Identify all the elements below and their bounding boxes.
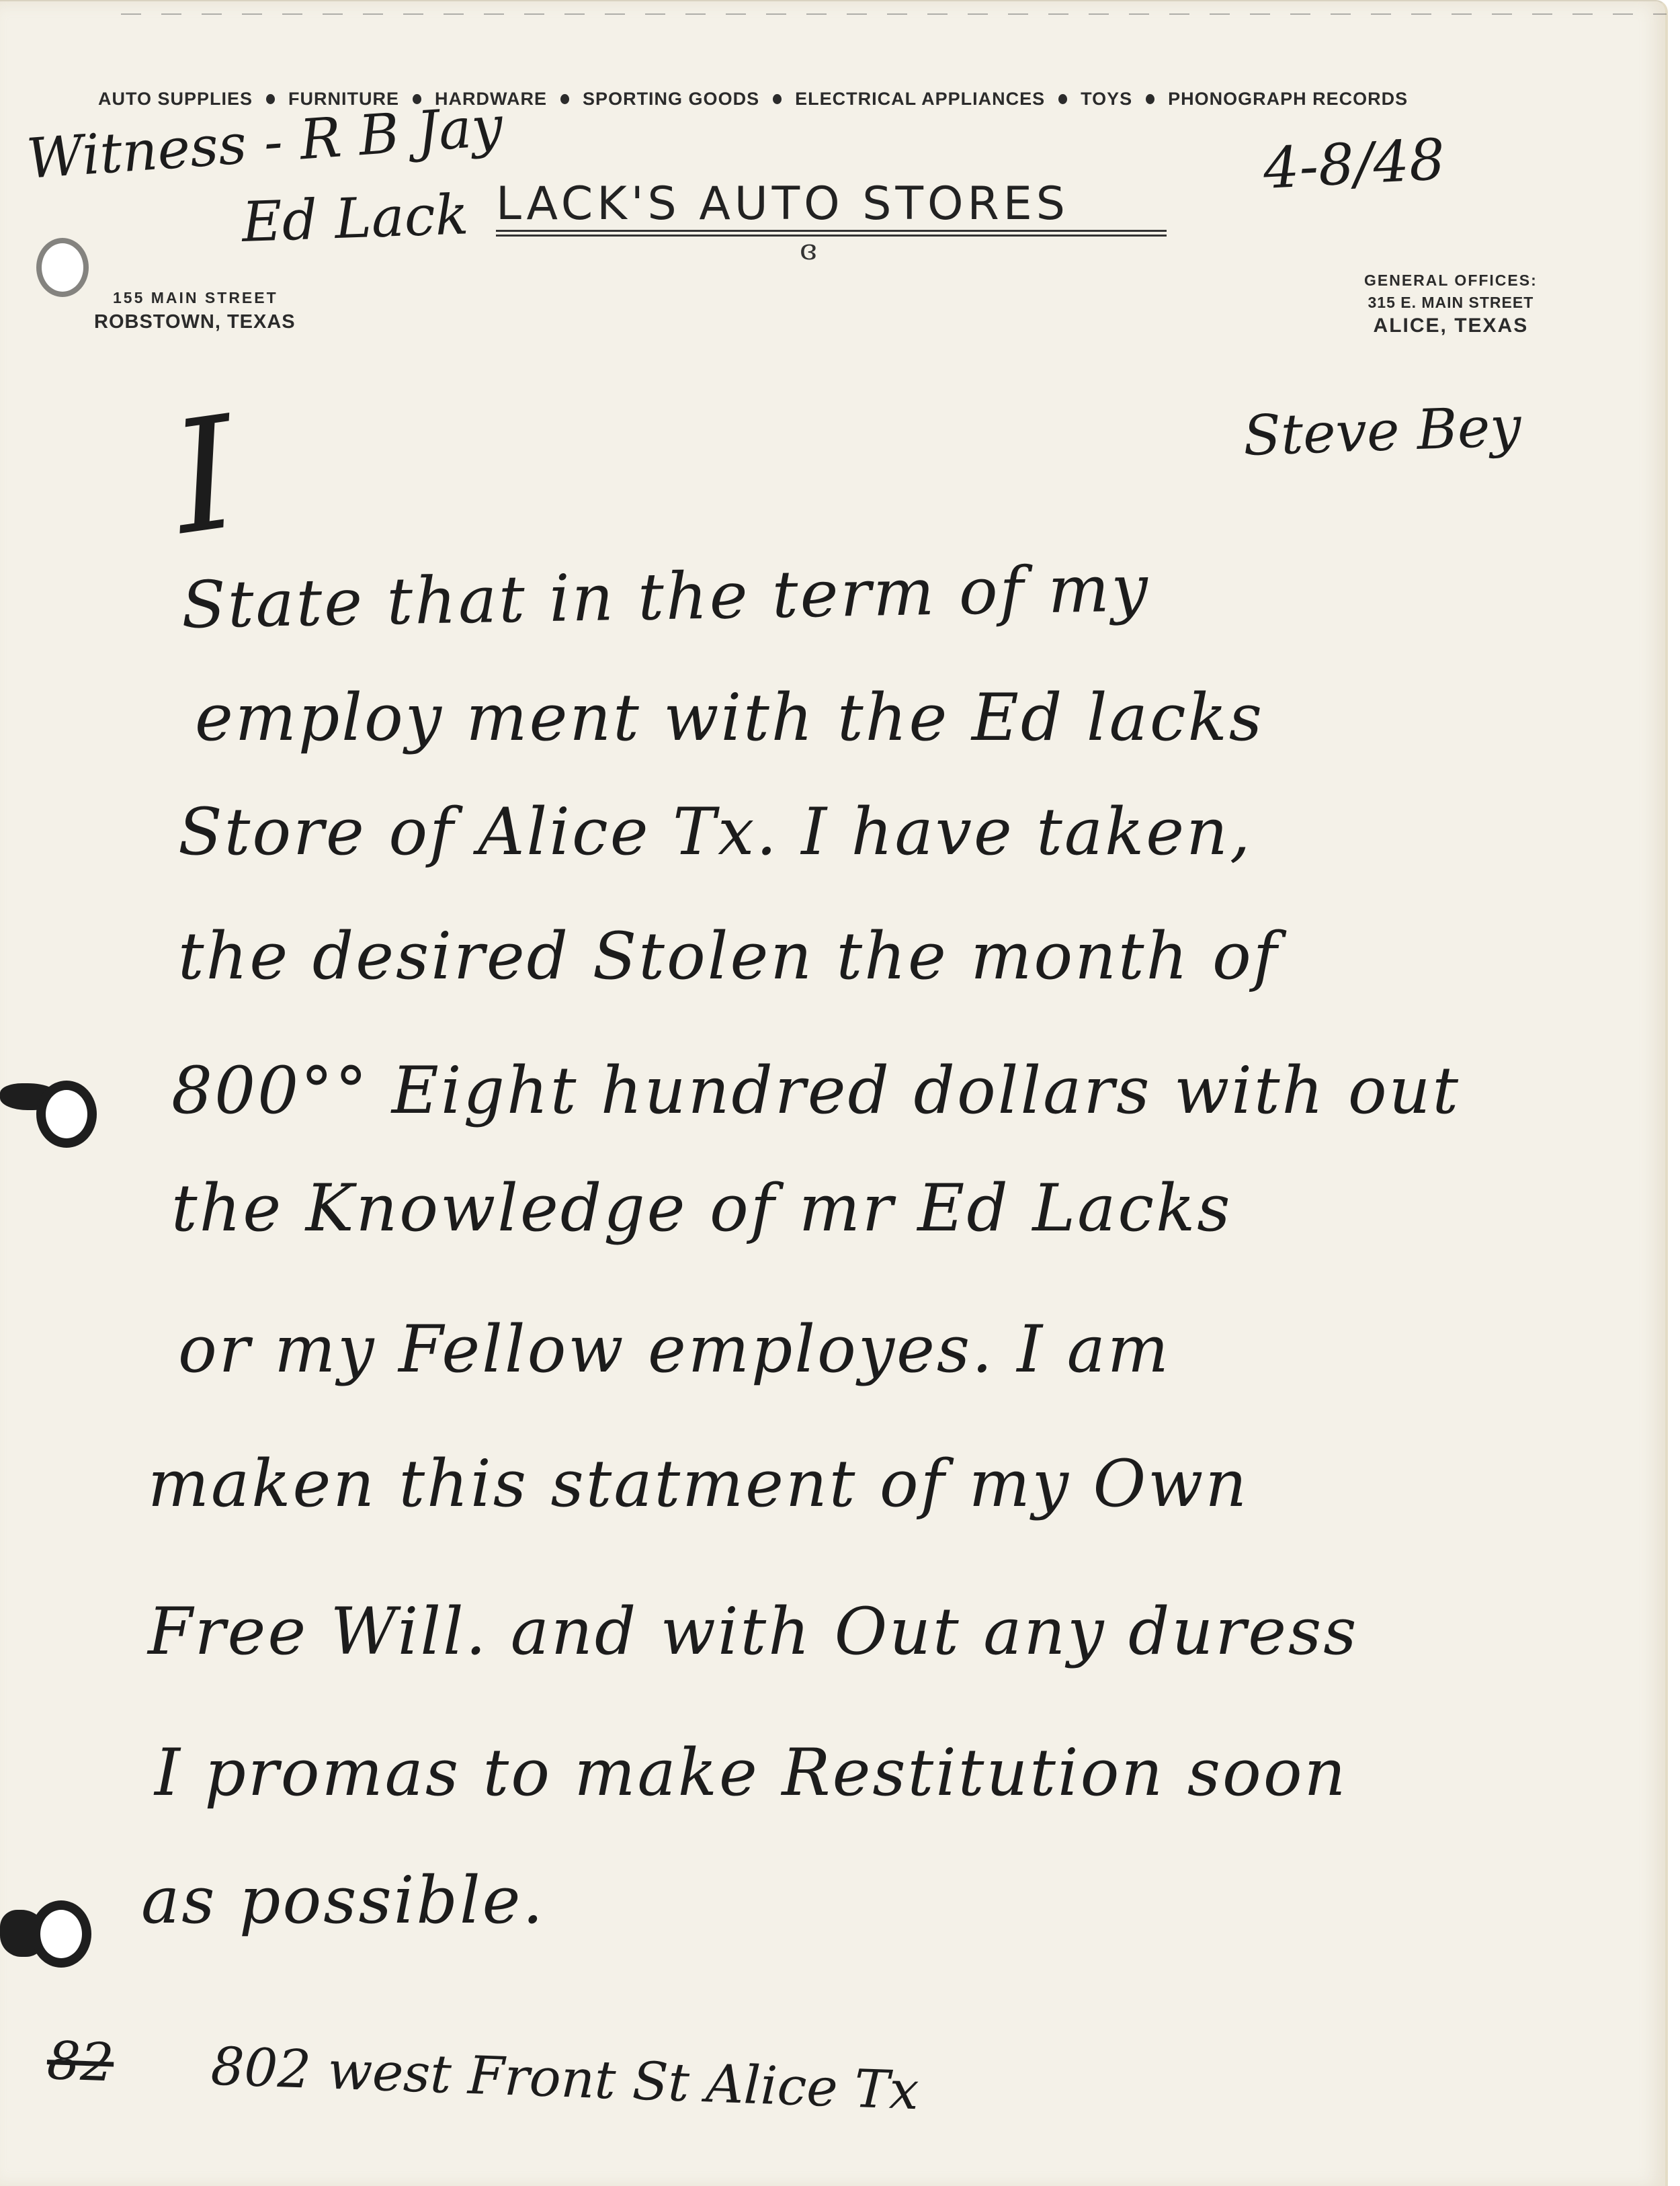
letter-page: AUTO SUPPLIES FURNITURE HARDWARE SPORTIN… [0,0,1668,2186]
statement-line: employ ment with the Ed lacks [195,680,1264,755]
product-auto-supplies: AUTO SUPPLIES [98,89,253,110]
perforated-top-edge [121,13,1667,15]
punch-hole-icon [40,1910,82,1958]
author-signature: Steve Bey [1242,395,1522,468]
bullet-icon [266,94,275,104]
company-name-double-rule [496,230,1167,237]
company-name: LACK'S AUTO STORES [496,177,1069,230]
product-phonograph-records: PHONOGRAPH RECORDS [1168,89,1408,110]
product-sporting-goods: SPORTING GOODS [583,89,759,110]
general-offices-label: GENERAL OFFICES: [1364,271,1538,290]
store-address: 155 MAIN STREET ROBSTOWN, TEXAS [94,289,296,333]
store-street: 155 MAIN STREET [113,289,296,307]
product-electrical-appliances: ELECTRICAL APPLIANCES [795,89,1045,110]
statement-line: as possible. [141,1863,545,1938]
bullet-icon [1146,94,1154,104]
statement-line: the desired Stolen the month of [178,919,1279,994]
punch-hole-icon [42,243,83,292]
statement-line: 800°° Eight hundred dollars with out [171,1053,1460,1128]
author-address: 802 west Front St Alice Tx [210,2037,919,2122]
ornament-icon: ɞ [800,233,817,266]
general-offices-city: ALICE, TEXAS [1364,314,1538,337]
statement-line: the Knowledge of mr Ed Lacks [171,1171,1232,1246]
handwritten-date: 4-8/48 [1261,126,1446,202]
bullet-icon [1058,94,1067,104]
store-city: ROBSTOWN, TEXAS [94,311,296,333]
opening-letter: I [162,384,247,570]
statement-line: Free Will. and with Out any duress [148,1594,1359,1669]
statement-line: or my Fellow employes. I am [178,1312,1171,1387]
statement-line: maken this statment of my Own [148,1446,1249,1521]
statement-line: Store of Alice Tx. I have taken, [178,794,1252,870]
witness-line-2: Ed Lack [241,183,469,255]
statement-line: State that in the term of my [181,550,1150,642]
bullet-icon [773,94,782,104]
general-offices-street: 315 E. MAIN STREET [1364,294,1538,312]
bullet-icon [560,94,569,104]
product-toys: TOYS [1081,89,1132,110]
statement-line: I promas to make Restitution soon [155,1735,1347,1810]
footer-address-line: 82 802 west Front St Alice Tx [46,2031,919,2121]
struck-out-number: 82 [46,2031,114,2093]
general-offices-address: GENERAL OFFICES: 315 E. MAIN STREET ALIC… [1364,271,1538,337]
punch-hole-icon [46,1090,87,1138]
